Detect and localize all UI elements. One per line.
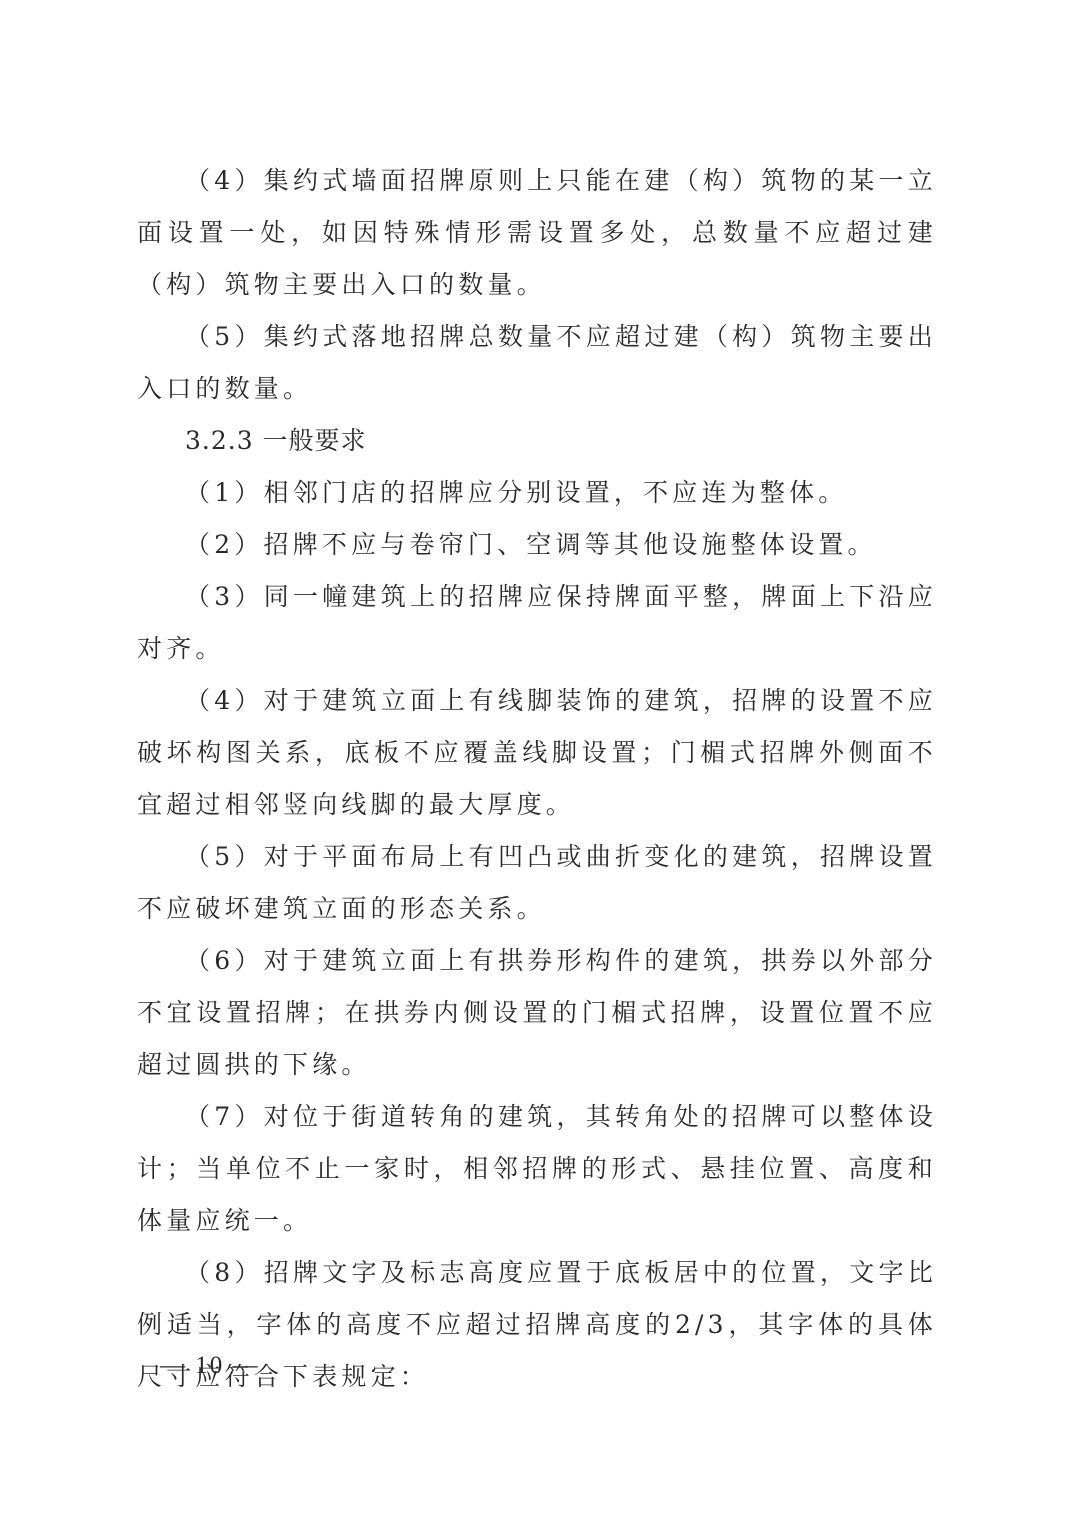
paragraph-general-5: （5）对于平面布局上有凹凸或曲折变化的建筑，招牌设置不应破坏建筑立面的形态关系。 — [137, 831, 937, 935]
section-heading-3-2-3: 3.2.3 一般要求 — [137, 415, 937, 467]
document-body: （4）集约式墙面招牌原则上只能在建（构）筑物的某一立面设置一处，如因特殊情形需设… — [137, 155, 937, 1403]
paragraph-item-5-floor-sign: （5）集约式落地招牌总数量不应超过建（构）筑物主要出入口的数量。 — [137, 311, 937, 415]
paragraph-general-2: （2）招牌不应与卷帘门、空调等其他设施整体设置。 — [137, 519, 937, 571]
paragraph-item-4-wall-sign: （4）集约式墙面招牌原则上只能在建（构）筑物的某一立面设置一处，如因特殊情形需设… — [137, 155, 937, 311]
paragraph-general-3: （3）同一幢建筑上的招牌应保持牌面平整，牌面上下沿应对齐。 — [137, 571, 937, 675]
paragraph-general-4: （4）对于建筑立面上有线脚装饰的建筑，招牌的设置不应破坏构图关系，底板不应覆盖线… — [137, 675, 937, 831]
paragraph-general-7: （7）对位于街道转角的建筑，其转角处的招牌可以整体设计；当单位不止一家时，相邻招… — [137, 1091, 937, 1247]
paragraph-general-6: （6）对于建筑立面上有拱券形构件的建筑，拱券以外部分不宜设置招牌；在拱券内侧设置… — [137, 935, 937, 1091]
document-page: （4）集约式墙面招牌原则上只能在建（构）筑物的某一立面设置一处，如因特殊情形需设… — [0, 0, 1074, 1520]
page-number: — 10 — — [160, 1352, 260, 1380]
paragraph-general-1: （1）相邻门店的招牌应分别设置，不应连为整体。 — [137, 467, 937, 519]
